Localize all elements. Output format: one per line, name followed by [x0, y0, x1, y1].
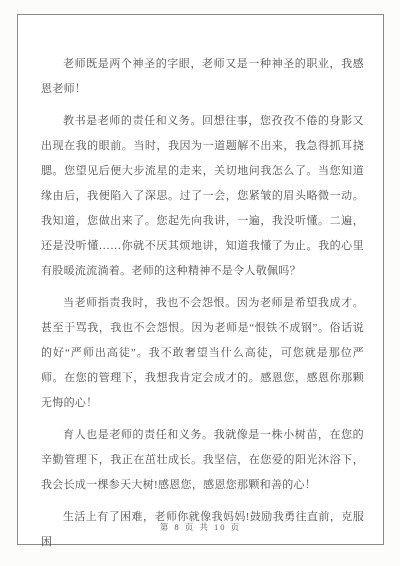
document-body: 老师既是两个神圣的字眼，老师又是一种神圣的职业，我感恩老师！ 教书是老师的责任和… — [41, 52, 364, 562]
paragraph: 当老师指责我时，我也不会怨恨。因为老师是希望我成才。甚至于骂我，我也不会怨恨。因… — [41, 291, 364, 416]
paragraph: 老师既是两个神圣的字眼，老师又是一种神圣的职业，我感恩老师！ — [41, 52, 364, 102]
page-number-footer: 第 8 页 共 10 页 — [18, 521, 383, 533]
document-viewport: { "doc": { "paragraphs": [ "老师既是两个神圣的字眼，… — [0, 0, 400, 566]
paragraph: 育人也是老师的责任和义务。我就像是一株小树苗，在您的辛勤管理下，我正在茁壮成长。… — [41, 423, 364, 498]
document-page: 老师既是两个神圣的字眼，老师又是一种神圣的职业，我感恩老师！ 教书是老师的责任和… — [17, 14, 384, 545]
paragraph: 教书是老师的责任和义务。回想往事，您孜孜不倦的身影又出现在我的眼前。当时，我因为… — [41, 109, 364, 284]
